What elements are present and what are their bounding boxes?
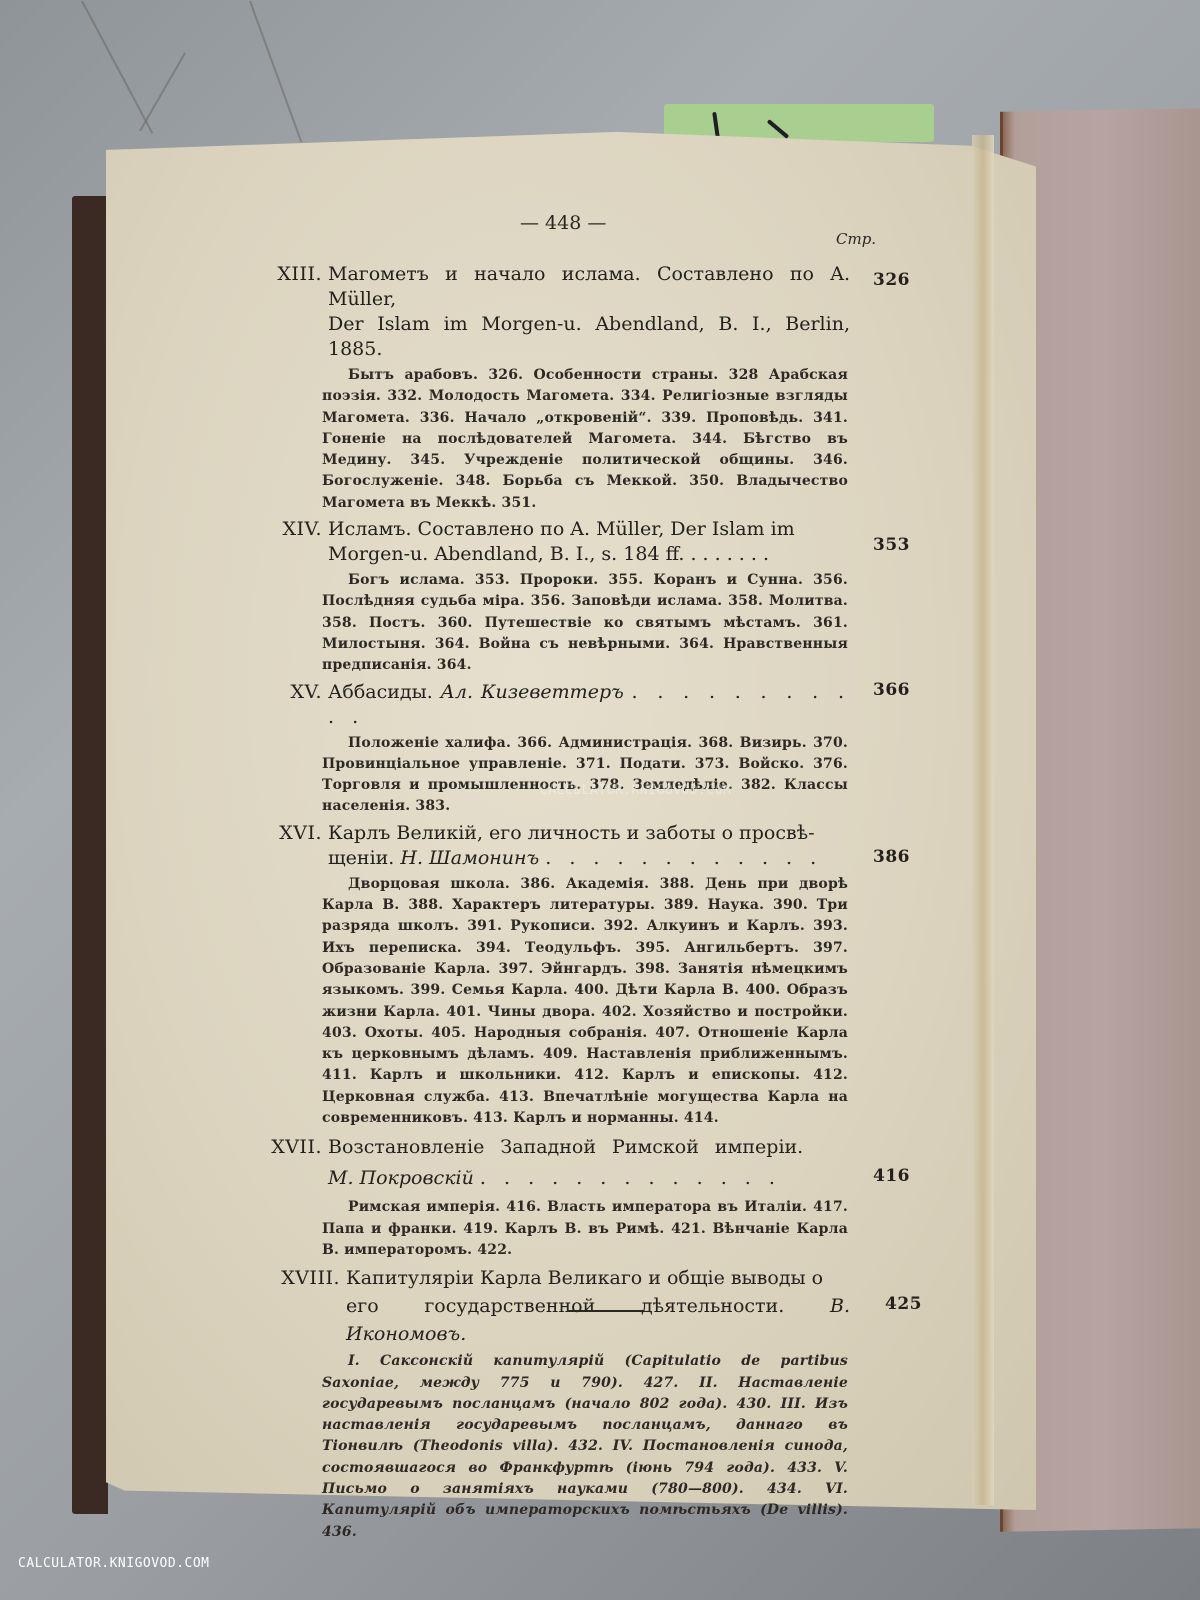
chapter-title: Исламъ. Составлено по A. Müller, Der Isl… bbox=[328, 517, 910, 567]
chapter-page: 416 bbox=[873, 1166, 910, 1186]
chapter-numeral: XIV. bbox=[270, 517, 328, 567]
chapter-subtopics: Положеніе халифа. 366. Администрація. 36… bbox=[322, 733, 848, 818]
chapter-author: Н. Шамонинъ bbox=[400, 847, 539, 869]
toc-entry: XVII. Возстановленіе Западной Римской им… bbox=[270, 1132, 910, 1261]
chapter-page: 366 bbox=[873, 680, 910, 700]
chapter-title: Карлъ Великій, его личность и заботы о п… bbox=[328, 821, 910, 871]
chapter-numeral: XV. bbox=[270, 680, 328, 730]
background-crease bbox=[249, 1, 302, 143]
chapter-page: 353 bbox=[873, 535, 910, 555]
background-crease bbox=[139, 53, 186, 132]
watermark-overlay: CALCULATOR.KNIGOVOD.COM bbox=[540, 783, 732, 798]
chapter-title: Капитуляріи Карла Великаго и общіе вывод… bbox=[346, 1264, 910, 1348]
watermark: CALCULATOR.KNIGOVOD.COM bbox=[18, 1556, 210, 1571]
chapter-page: 326 bbox=[873, 270, 910, 290]
toc-entry: XVI. Карлъ Великій, его личность и забот… bbox=[270, 821, 910, 1130]
chapter-subtopics: Дворцовая школа. 386. Академія. 388. Ден… bbox=[322, 874, 848, 1130]
chapter-subtopics: Богъ ислама. 353. Пророки. 355. Коранъ и… bbox=[322, 570, 848, 676]
background-crease bbox=[81, 1, 153, 134]
bookmark-pen-mark bbox=[767, 119, 789, 139]
chapter-numeral: XVII. bbox=[270, 1132, 328, 1194]
chapter-numeral: XVI. bbox=[270, 821, 328, 871]
toc-entry: XVIII. Капитуляріи Карла Великаго и общі… bbox=[270, 1264, 910, 1543]
toc-entry: XIV. Исламъ. Составлено по A. Müller, De… bbox=[270, 517, 910, 676]
page-gutter-edge bbox=[972, 135, 994, 1505]
page-column-label: Стр. bbox=[836, 230, 876, 248]
page-number: — 448 — bbox=[520, 212, 606, 234]
chapter-numeral: XIII. bbox=[270, 262, 328, 362]
bookmark-pen-mark bbox=[712, 112, 720, 138]
toc-entry: XIII. Магометъ и начало ислама. Составле… bbox=[270, 262, 910, 514]
chapter-page: 425 bbox=[885, 1294, 922, 1314]
chapter-author: Ал. Кизеветтеръ bbox=[441, 681, 624, 703]
end-rule bbox=[567, 1310, 643, 1312]
chapter-subtopics: Бытъ арабовъ. 326. Особенности страны. 3… bbox=[322, 365, 848, 514]
chapter-subtopics: I. Саксонскій капитулярій (Capitulatio d… bbox=[322, 1351, 848, 1543]
leader-dots: . . . . . . . . . . . . bbox=[545, 847, 822, 869]
chapter-title: Возстановленіе Западной Римской имперіи.… bbox=[328, 1132, 910, 1194]
book-cover-board bbox=[72, 196, 108, 1514]
leader-dots: . . . . . . . . . . . . . bbox=[480, 1167, 781, 1189]
chapter-author: М. Покровскій bbox=[328, 1167, 474, 1189]
chapter-page: 386 bbox=[873, 847, 910, 867]
chapter-title: Аббасиды. Ал. Кизеветтеръ . . . . . . . … bbox=[328, 680, 910, 730]
table-of-contents: XIII. Магометъ и начало ислама. Составле… bbox=[270, 262, 910, 1546]
chapter-numeral: XVIII. bbox=[270, 1264, 346, 1348]
chapter-subtopics: Римская имперія. 416. Власть императора … bbox=[322, 1197, 848, 1261]
chapter-title: Магометъ и начало ислама. Составлено по … bbox=[328, 262, 910, 362]
